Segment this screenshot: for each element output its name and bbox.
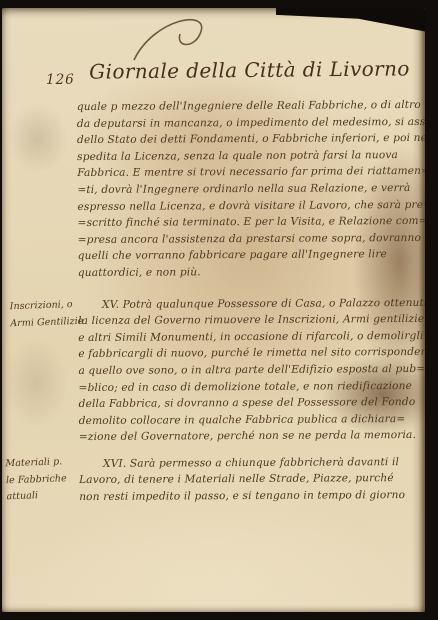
manuscript-line: e altri Simili Monumenti, in occasione d…	[78, 328, 418, 347]
margin-note-line: attuali	[6, 487, 81, 506]
page-title: Giornale della Città di Livorno	[88, 56, 411, 83]
manuscript-photo: 126 Giornale della Città di Livorno qual…	[0, 0, 438, 620]
manuscript-line: =scritto finché sia terminato. E per la …	[77, 213, 417, 232]
photo-shadow-corner	[276, 8, 425, 35]
manuscript-line: =blico; ed in caso di demolizione totale…	[78, 377, 418, 396]
manuscript-line: =zione del Governatore, perché non se ne…	[79, 427, 419, 446]
manuscript-line: Fabbrica. E mentre si trovi necessario f…	[77, 163, 417, 182]
manuscript-line: demolito collocare in qualche Fabbrica p…	[79, 411, 419, 430]
manuscript-page: 126 Giornale della Città di Livorno qual…	[2, 8, 425, 612]
paragraph-xv: XV. Potrà qualunque Possessore di Casa, …	[78, 294, 419, 445]
paragraph-xvi: XVI. Sarà permesso a chiunque fabbricher…	[79, 454, 419, 506]
margin-note-line: Armi Gentilizie	[10, 313, 85, 332]
page-number: 126	[46, 72, 75, 88]
body-text: quale p mezzo dell'Ingegniere delle Real…	[77, 97, 419, 506]
manuscript-line: e fabbricargli di nuovo, purché le rimet…	[78, 344, 418, 363]
manuscript-line: =presa ancora l'assistenza da prestarsi …	[78, 230, 418, 249]
margin-note-inscriptions: Inscrizioni, oArmi Gentilizie	[9, 297, 84, 333]
pen-flourish-icon	[120, 8, 250, 64]
ink-bleedthrough-smudge	[8, 104, 68, 174]
manuscript-line: quelli che vorranno fabbricare pagare al…	[78, 246, 418, 265]
manuscript-line: della Fabbrica, si dovranno a spese del …	[79, 394, 419, 413]
manuscript-line: dello Stato dei detti Fondamenti, o Fabb…	[77, 130, 417, 149]
manuscript-line: =ti, dovrà l'Ingegnere ordinarlo nella s…	[77, 180, 417, 199]
manuscript-line: spedita la Licenza, senza la quale non p…	[77, 147, 417, 166]
manuscript-line: XV. Potrà qualunque Possessore di Casa, …	[78, 294, 418, 313]
manuscript-line: espresso nella Licenza, e dovrà visitare…	[77, 197, 417, 216]
manuscript-line: quale p mezzo dell'Ingegniere delle Real…	[77, 97, 417, 116]
paragraph-intro: quale p mezzo dell'Ingegniere delle Real…	[77, 97, 418, 282]
margin-note-materials: Materiali p.le Fabbricheattuali	[5, 454, 81, 506]
manuscript-line: la licenza del Governo rimuovere le Insc…	[78, 311, 418, 330]
manuscript-line: quattordici, e non più.	[78, 263, 418, 282]
manuscript-line: a quello ove sono, o in altra parte dell…	[78, 361, 418, 380]
manuscript-line: non resti impedito il passo, e si tengan…	[79, 487, 419, 506]
ink-bleedthrough-smudge	[4, 338, 68, 428]
manuscript-line: Lavoro, di tenere i Materiali nelle Stra…	[79, 470, 419, 489]
margin-note-line: Inscrizioni, o	[9, 297, 84, 316]
manuscript-line: XVI. Sarà permesso a chiunque fabbricher…	[79, 454, 419, 473]
manuscript-line: da deputarsi in mancanza, o impedimento …	[77, 114, 417, 133]
